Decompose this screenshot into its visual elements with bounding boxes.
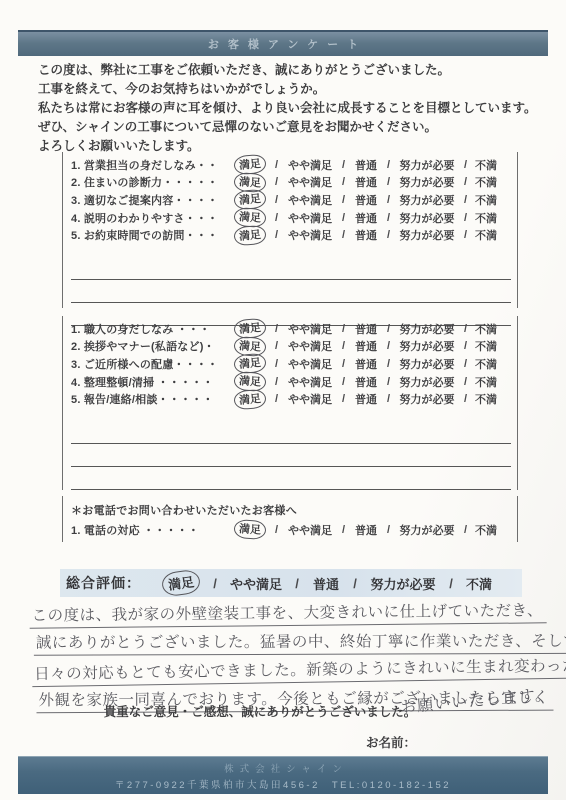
rating-item-label: 2. 挨拶やマナー(私語など)・	[71, 338, 229, 354]
comment-line	[71, 421, 511, 444]
comment-line	[71, 467, 511, 490]
rating-option: 不満	[471, 174, 501, 190]
option-separator: /	[338, 212, 349, 224]
option-separator: /	[271, 194, 282, 206]
option-separator: /	[338, 358, 349, 370]
selected-circle-mark: 満足	[233, 224, 267, 246]
comment-area	[71, 421, 511, 490]
rating-item-label: 1. 営業担当の身だしなみ・・	[71, 157, 229, 173]
intro-line: ぜひ、シャインの工事について忌憚のないご意見をお聞かせください。	[38, 118, 538, 137]
option-separator: /	[383, 176, 394, 188]
rating-option: やや満足	[282, 227, 338, 243]
option-separator: /	[271, 340, 282, 352]
option-separator: /	[383, 323, 394, 335]
option-separator: /	[347, 576, 363, 591]
rating-option: やや満足	[282, 338, 338, 354]
rating-option: 普通	[349, 391, 383, 407]
rating-option-selected: 満足	[155, 571, 207, 595]
rating-row: 4. 整理整頓/清掃 ・・・・・ 満足 / やや満足 / 普通 / 努力が必要 …	[71, 373, 513, 391]
rating-option: 努力が必要	[394, 227, 460, 243]
rating-option-selected: 満足	[229, 208, 271, 227]
rating-option: 普通	[305, 574, 347, 593]
rating-option: 普通	[349, 192, 383, 208]
option-separator: /	[338, 323, 349, 335]
rating-option: 普通	[349, 356, 383, 372]
rating-item-label: 3. ご近所様への配慮・・・・	[71, 356, 229, 372]
option-separator: /	[271, 376, 282, 388]
rating-row: 3. 適切なご提案内容・・・・ 満足 / やや満足 / 普通 / 努力が必要 /…	[71, 191, 513, 209]
rating-option: 不満	[471, 338, 501, 354]
option-separator: /	[383, 212, 394, 224]
rating-item-label: 1. 電話の対応 ・・・・・	[71, 522, 229, 538]
rating-item-label: 1. 職人の身だしなみ ・・・	[71, 321, 229, 337]
comment-line	[71, 280, 511, 303]
option-separator: /	[383, 376, 394, 388]
rating-option: 努力が必要	[394, 174, 460, 190]
rating-option: 普通	[349, 321, 383, 337]
option-separator: /	[271, 176, 282, 188]
rating-option-selected: 満足	[229, 319, 271, 338]
rating-option-selected: 満足	[229, 390, 271, 409]
option-separator: /	[383, 340, 394, 352]
option-separator: /	[443, 576, 459, 591]
selected-circle-mark: 満足	[233, 519, 266, 540]
rating-option: やや満足	[282, 374, 338, 390]
thanks-text: 貴重なご意見・ご感想、誠にありがとうございました。	[0, 702, 520, 720]
option-separator: /	[338, 393, 349, 405]
rating-option: 普通	[349, 157, 383, 173]
rating-item-label: 3. 適切なご提案内容・・・・	[71, 192, 229, 208]
option-separator: /	[383, 524, 394, 536]
intro-line: 私たちは常にお客様の声に耳を傾け、より良い会社に成長することを目標としています。	[38, 99, 538, 118]
rating-section-sales: 1. 営業担当の身だしなみ・・ 満足 / やや満足 / 普通 / 努力が必要 /…	[62, 152, 518, 308]
rating-option: 不満	[471, 210, 501, 226]
option-separator: /	[460, 194, 471, 206]
rating-option: 不満	[459, 574, 499, 593]
rating-row: 5. お約束時間での訪問・・・ 満足 / やや満足 / 普通 / 努力が必要 /…	[71, 226, 513, 244]
rating-option: 努力が必要	[394, 391, 460, 407]
header-banner: お客様アンケート	[18, 30, 548, 56]
rating-option: 普通	[349, 522, 383, 538]
rating-option: 不満	[471, 227, 501, 243]
rating-row: 2. 住まいの診断力・・・・・ 満足 / やや満足 / 普通 / 努力が必要 /…	[71, 174, 513, 192]
rating-row: 2. 挨拶やマナー(私語など)・ 満足 / やや満足 / 普通 / 努力が必要 …	[71, 338, 513, 356]
rating-option: 不満	[471, 157, 501, 173]
rating-option-selected: 満足	[229, 226, 271, 245]
rating-option: やや満足	[223, 574, 289, 593]
option-separator: /	[460, 323, 471, 335]
handwritten-line: この度は、我が家の外壁塗装工事を、大変きれいに仕上げていただき、	[29, 598, 547, 628]
rating-option: 努力が必要	[394, 522, 460, 538]
rating-option: 不満	[471, 192, 501, 208]
rating-option: やや満足	[282, 210, 338, 226]
rating-option: 努力が必要	[394, 210, 460, 226]
page-title: お客様アンケート	[199, 36, 367, 52]
option-separator: /	[383, 159, 394, 171]
rating-option: やや満足	[282, 174, 338, 190]
rating-option: 不満	[471, 391, 501, 407]
option-separator: /	[460, 176, 471, 188]
rating-option-selected: 満足	[229, 372, 271, 391]
overall-evaluation-row: 総合評価： 満足 / やや満足 / 普通 / 努力が必要 / 不満	[60, 569, 522, 597]
rating-row: 1. 電話の対応 ・・・・・ 満足 / やや満足 / 普通 / 努力が必要 / …	[71, 521, 513, 539]
option-separator: /	[338, 176, 349, 188]
option-separator: /	[383, 393, 394, 405]
rating-option-selected: 満足	[229, 520, 271, 539]
rating-option: やや満足	[282, 192, 338, 208]
rating-option: 努力が必要	[394, 356, 460, 372]
company-address: 〒277-0922千葉県柏市大島田456-2 TEL:0120-182-152	[115, 777, 451, 791]
rating-option: やや満足	[282, 321, 338, 337]
option-separator: /	[207, 576, 223, 591]
selected-circle-mark: 満足	[233, 388, 267, 410]
comment-line	[71, 444, 511, 467]
survey-document-page: お客様アンケート この度は、弊社に工事をご依頼いただき、誠にありがとうございまし…	[0, 0, 566, 800]
option-separator: /	[338, 229, 349, 241]
rating-option: やや満足	[282, 522, 338, 538]
company-name: 株式会社シャイン	[218, 761, 348, 775]
overall-evaluation-label: 総合評価：	[66, 573, 141, 593]
rating-option: 不満	[471, 374, 501, 390]
rating-option: 不満	[471, 321, 501, 337]
option-separator: /	[289, 576, 305, 591]
option-separator: /	[383, 358, 394, 370]
option-separator: /	[460, 159, 471, 171]
rating-option: 不満	[471, 522, 501, 538]
intro-line: この度は、弊社に工事をご依頼いただき、誠にありがとうございました。	[38, 61, 538, 80]
option-separator: /	[271, 393, 282, 405]
rating-option: やや満足	[282, 391, 338, 407]
option-separator: /	[460, 229, 471, 241]
name-field-label: お名前：	[366, 733, 416, 751]
rating-row: 1. 営業担当の身だしなみ・・ 満足 / やや満足 / 普通 / 努力が必要 /…	[71, 156, 513, 174]
rating-row: 3. ご近所様への配慮・・・・ 満足 / やや満足 / 普通 / 努力が必要 /…	[71, 355, 513, 373]
option-separator: /	[338, 159, 349, 171]
option-separator: /	[338, 524, 349, 536]
option-separator: /	[460, 358, 471, 370]
rating-item-label: 2. 住まいの診断力・・・・・	[71, 174, 229, 190]
intro-text: この度は、弊社に工事をご依頼いただき、誠にありがとうございました。 工事を終えて…	[38, 61, 538, 156]
option-separator: /	[383, 229, 394, 241]
rating-option: 普通	[349, 227, 383, 243]
intro-line: 工事を終えて、今のお気持ちはいかがでしょうか。	[38, 80, 538, 99]
option-separator: /	[460, 212, 471, 224]
rating-item-label: 5. 報告/連絡/相談・・・・・	[71, 391, 229, 407]
rating-option: 努力が必要	[394, 374, 460, 390]
option-separator: /	[271, 159, 282, 171]
option-separator: /	[271, 358, 282, 370]
rating-row: 5. 報告/連絡/相談・・・・・ 満足 / やや満足 / 普通 / 努力が必要 …	[71, 390, 513, 408]
rating-row: 4. 説明のわかりやすさ・・・ 満足 / やや満足 / 普通 / 努力が必要 /…	[71, 209, 513, 227]
rating-section-craftsmen: 1. 職人の身だしなみ ・・・ 満足 / やや満足 / 普通 / 努力が必要 /…	[62, 316, 518, 490]
option-separator: /	[383, 194, 394, 206]
rating-option: やや満足	[282, 157, 338, 173]
footer-banner: 株式会社シャイン 〒277-0922千葉県柏市大島田456-2 TEL:0120…	[18, 756, 548, 794]
option-separator: /	[271, 212, 282, 224]
option-separator: /	[338, 340, 349, 352]
rating-option: 努力が必要	[363, 574, 443, 593]
rating-option-selected: 満足	[229, 190, 271, 209]
rating-item-label: 5. お約束時間での訪問・・・	[71, 227, 229, 243]
handwritten-line: 誠にありがとうございました。猛暑の中、終始丁寧に作業いただき、そして	[34, 628, 566, 655]
option-separator: /	[271, 229, 282, 241]
rating-option: 努力が必要	[394, 157, 460, 173]
rating-option: 普通	[349, 174, 383, 190]
option-separator: /	[460, 376, 471, 388]
option-separator: /	[338, 194, 349, 206]
rating-item-label: 4. 整理整頓/清掃 ・・・・・	[71, 374, 229, 390]
handwritten-line: 日々の対応もとても安心できました。新築のようにきれいに生まれ変わった	[32, 653, 566, 687]
rating-option: 努力が必要	[394, 338, 460, 354]
comment-line	[71, 257, 511, 280]
rating-row: 1. 職人の身だしなみ ・・・ 満足 / やや満足 / 普通 / 努力が必要 /…	[71, 320, 513, 338]
selected-circle-mark: 満足	[160, 568, 201, 597]
rating-option-selected: 満足	[229, 354, 271, 373]
rating-item-label: 4. 説明のわかりやすさ・・・	[71, 210, 229, 226]
option-separator: /	[460, 524, 471, 536]
rating-option: 普通	[349, 210, 383, 226]
rating-option-selected: 満足	[229, 155, 271, 174]
rating-section-phone: ＊お電話でお問い合わせいただいたお客様へ 1. 電話の対応 ・・・・・ 満足 /…	[62, 496, 518, 542]
rating-option: 努力が必要	[394, 321, 460, 337]
option-separator: /	[460, 340, 471, 352]
rating-option: 普通	[349, 374, 383, 390]
rating-option: 努力が必要	[394, 192, 460, 208]
option-separator: /	[338, 376, 349, 388]
option-separator: /	[271, 524, 282, 536]
rating-option: 普通	[349, 338, 383, 354]
phone-section-heading: ＊お電話でお問い合わせいただいたお客様へ	[71, 502, 513, 518]
rating-option: やや満足	[282, 356, 338, 372]
option-separator: /	[460, 393, 471, 405]
option-separator: /	[271, 323, 282, 335]
rating-option: 不満	[471, 356, 501, 372]
